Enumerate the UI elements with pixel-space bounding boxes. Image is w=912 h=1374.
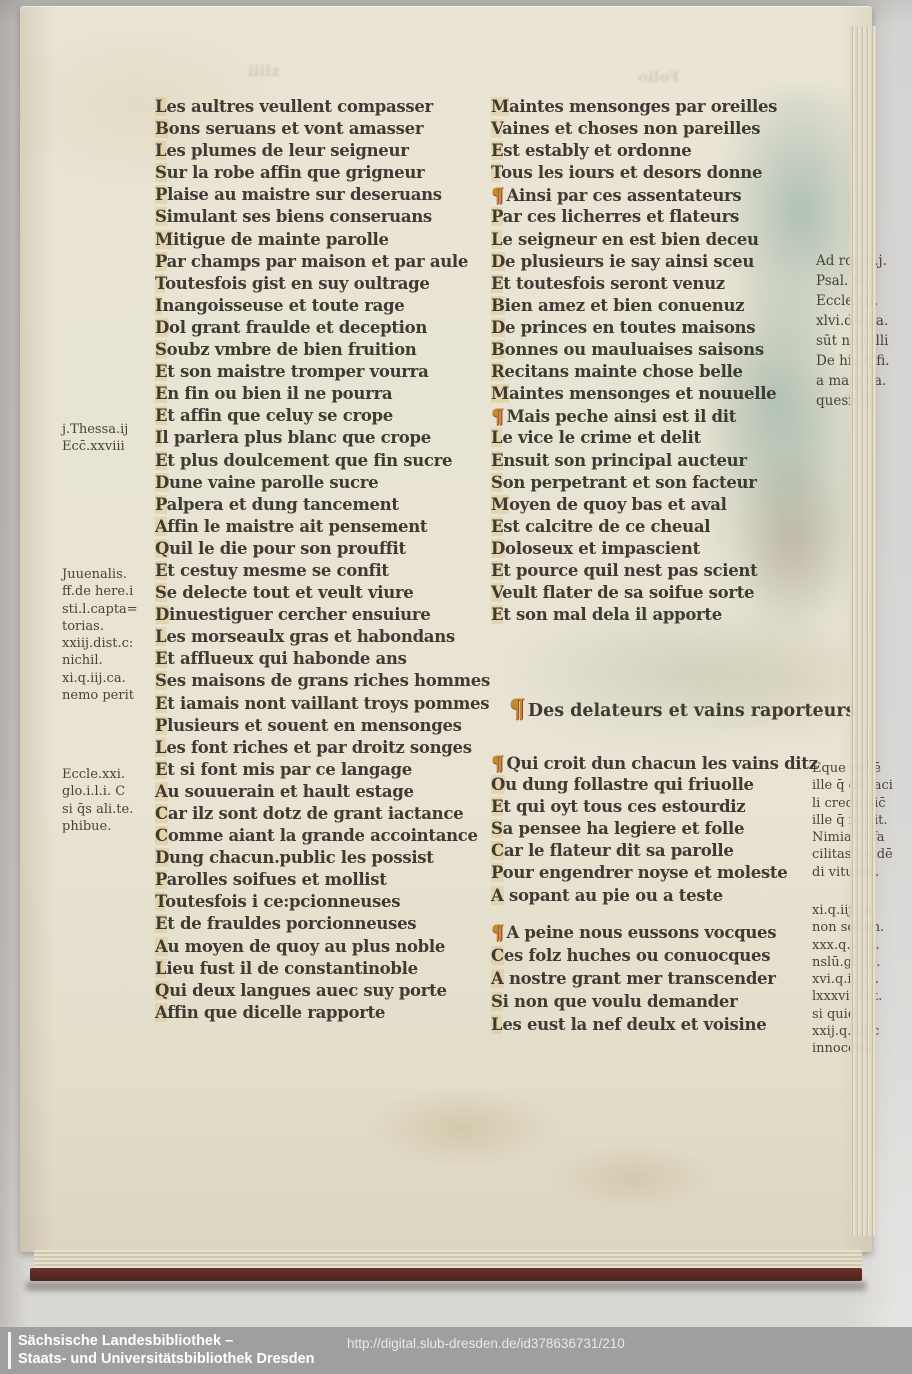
verse-line: Est estably et ordonne bbox=[491, 140, 807, 162]
verse-line: Plusieurs et souent en mensonges bbox=[155, 715, 487, 737]
verse-line: Et toutesfois seront venuz bbox=[491, 273, 807, 295]
verse-line: ¶Qui croit dun chacun les vains ditz bbox=[491, 752, 807, 774]
verse-line: Dol grant fraulde et deception bbox=[155, 317, 487, 339]
verse-line: Le vice le crime et delit bbox=[491, 427, 807, 449]
chapter-heading-label: Des delateurs et vains raporteurs bbox=[528, 701, 856, 721]
verse-line: Par champs par maison et par aule bbox=[155, 251, 487, 273]
verse-line: ¶Ainsi par ces assentateurs bbox=[491, 184, 807, 206]
verse-line: Inangoisseuse et toute rage bbox=[155, 295, 487, 317]
margin-note-left-1: j.Thessa.ijEcc̄.xxviii bbox=[62, 421, 128, 456]
verse-line: Ou dung follastre qui friuolle bbox=[491, 774, 807, 796]
margin-note-line: j.Thessa.ij bbox=[62, 421, 128, 438]
verse-line: Veult flater de sa soifue sorte bbox=[491, 582, 807, 604]
verse-line: A sopant au pie ou a teste bbox=[491, 885, 807, 907]
document-url: http://digital.slub-dresden.de/id3786367… bbox=[347, 1336, 625, 1351]
verse-line: Maintes mensonges et nouuelle bbox=[491, 383, 807, 405]
verse-line: Et afflueux qui habonde ans bbox=[155, 648, 487, 670]
verse-line: De plusieurs ie say ainsi sceu bbox=[491, 251, 807, 273]
verse-line: Pour engendrer noyse et moleste bbox=[491, 862, 807, 884]
margin-note-line: xi.q.iij.ca. bbox=[62, 670, 138, 687]
verse-line: Par ces licherres et flateurs bbox=[491, 206, 807, 228]
verse-line: Les plumes de leur seigneur bbox=[155, 140, 487, 162]
margin-note-left-3: Eccle.xxi.glo.i.l.i. Csi q̄s ali.te.phib… bbox=[62, 766, 133, 835]
verse-line: Au souuerain et hault estage bbox=[155, 781, 487, 803]
margin-note-line: xxiij.dist.c: bbox=[62, 635, 138, 652]
verse-line: Simulant ses biens conseruans bbox=[155, 206, 487, 228]
verse-line: Et iamais nont vaillant troys pommes bbox=[155, 693, 487, 715]
verse-line: Et affin que celuy se crope bbox=[155, 405, 487, 427]
folio-number-bleedthrough: xiiii bbox=[248, 62, 280, 80]
verse-line: Affin que dicelle rapporte bbox=[155, 1002, 487, 1024]
bottom-page-edges bbox=[34, 1250, 862, 1268]
verse-line: Car ilz sont dotz de grant iactance bbox=[155, 803, 487, 825]
margin-note-line: ff.de here.i bbox=[62, 583, 138, 600]
verse-line: Et son maistre tromper vourra bbox=[155, 361, 487, 383]
verse-line: Bons seruans et vont amasser bbox=[155, 118, 487, 140]
paraph-initial-icon: ¶ bbox=[491, 752, 503, 774]
margin-note-left-2: Juuenalis.ff.de here.isti.l.capta=torias… bbox=[62, 566, 138, 704]
verse-line: ¶Mais peche ainsi est il dit bbox=[491, 405, 807, 427]
institution-name-line2: Staats- und Universitätsbibliothek Dresd… bbox=[18, 1351, 315, 1367]
verse-line: Palpera et dung tancement bbox=[155, 494, 487, 516]
verse-line: Moyen de quoy bas et aval bbox=[491, 494, 807, 516]
verse-line: Sur la robe affin que grigneur bbox=[155, 162, 487, 184]
verse-line: A nostre grant mer transcender bbox=[491, 967, 807, 990]
verse-line: Et de frauldes porcionneuses bbox=[155, 913, 487, 935]
verse-line: Les eust la nef deulx et voisine bbox=[491, 1013, 807, 1036]
text-column-left: Les aultres veullent compasserBons serua… bbox=[155, 96, 487, 1024]
margin-note-line: nichil. bbox=[62, 652, 138, 669]
margin-note-line: glo.i.l.i. C bbox=[62, 783, 133, 800]
verse-line: Ses maisons de grans riches hommes bbox=[155, 670, 487, 692]
margin-note-line: Juuenalis. bbox=[62, 566, 138, 583]
verse-line: Car le flateur dit sa parolle bbox=[491, 840, 807, 862]
verse-line: Et qui oyt tous ces estourdiz bbox=[491, 796, 807, 818]
verse-line: Bien amez et bien conuenuz bbox=[491, 295, 807, 317]
book-shadow bbox=[26, 1281, 866, 1291]
folio-label-bleedthrough: Folio bbox=[638, 68, 679, 86]
verse-line: Comme aiant la grande accointance bbox=[155, 825, 487, 847]
verse-line: Dung chacun.public les possist bbox=[155, 847, 487, 869]
verse-line: Dune vaine parolle sucre bbox=[155, 472, 487, 494]
verse-line: ¶A peine nous eussons vocques bbox=[491, 921, 807, 944]
verse-line: De princes en toutes maisons bbox=[491, 317, 807, 339]
verse-line: Toutesfois i ce:pcionneuses bbox=[155, 891, 487, 913]
verse-line: Les morseaulx gras et habondans bbox=[155, 626, 487, 648]
text-column-right-block1: Maintes mensonges par oreillesVaines et … bbox=[491, 96, 807, 626]
book-cover-board bbox=[30, 1268, 862, 1281]
verse-line: Affin le maistre ait pensement bbox=[155, 516, 487, 538]
verse-line: Si non que voulu demander bbox=[491, 990, 807, 1013]
banner-accent-bar bbox=[8, 1332, 11, 1369]
verse-line: Et son mal dela il apporte bbox=[491, 604, 807, 626]
verse-line: Le seigneur en est bien deceu bbox=[491, 229, 807, 251]
verse-line: Les font riches et par droitz songes bbox=[155, 737, 487, 759]
verse-line: Et plus doulcement que fin sucre bbox=[155, 450, 487, 472]
verse-line: Se delecte tout et veult viure bbox=[155, 582, 487, 604]
verse-line: En fin ou bien il ne pourra bbox=[155, 383, 487, 405]
verse-line: Soubz vmbre de bien fruition bbox=[155, 339, 487, 361]
margin-note-line: nemo perit bbox=[62, 687, 138, 704]
paraph-initial-icon: ¶ bbox=[491, 921, 503, 944]
verse-line: Et pource quil nest pas scient bbox=[491, 560, 807, 582]
verse-line: Et si font mis par ce langage bbox=[155, 759, 487, 781]
margin-note-line: torias. bbox=[62, 618, 138, 635]
margin-note-line: sti.l.capta= bbox=[62, 601, 138, 618]
verse-line: Sa pensee ha legiere et folle bbox=[491, 818, 807, 840]
library-banner: Sächsische Landesbibliothek – Staats- un… bbox=[0, 1327, 912, 1374]
verse-line: Bonnes ou mauluaises saisons bbox=[491, 339, 807, 361]
verse-line: Plaise au maistre sur deseruans bbox=[155, 184, 487, 206]
verse-line: Ces folz huches ou conuocques bbox=[491, 944, 807, 967]
verse-line: Au moyen de quoy au plus noble bbox=[155, 936, 487, 958]
paraph-initial-icon: ¶ bbox=[491, 405, 503, 427]
verse-line: Tous les iours et desors donne bbox=[491, 162, 807, 184]
verse-line: Vaines et choses non pareilles bbox=[491, 118, 807, 140]
paraph-initial-icon: ¶ bbox=[509, 694, 525, 723]
digitized-manuscript-photo: xiiii Folio Les aultres veullent compass… bbox=[0, 0, 912, 1374]
margin-note-line: Eccle.xxi. bbox=[62, 766, 133, 783]
verse-line: Qui deux langues auec suy porte bbox=[155, 980, 487, 1002]
verse-line: Recitans mainte chose belle bbox=[491, 361, 807, 383]
verse-line: Est calcitre de ce cheual bbox=[491, 516, 807, 538]
fore-edge-pages bbox=[850, 26, 876, 1236]
verse-line: Dinuestiguer cercher ensuiure bbox=[155, 604, 487, 626]
verse-line: Les aultres veullent compasser bbox=[155, 96, 487, 118]
verse-line: Il parlera plus blanc que crope bbox=[155, 427, 487, 449]
verse-line: Et cestuy mesme se confit bbox=[155, 560, 487, 582]
verse-line: Lieu fust il de constantinoble bbox=[155, 958, 487, 980]
verse-line: Ensuit son principal aucteur bbox=[491, 450, 807, 472]
text-column-right-block2: ¶Qui croit dun chacun les vains ditzOu d… bbox=[491, 752, 807, 907]
verse-line: Parolles soifues et mollist bbox=[155, 869, 487, 891]
verse-line: Quil le die pour son prouffit bbox=[155, 538, 487, 560]
margin-note-line: si q̄s ali.te. bbox=[62, 801, 133, 818]
verse-line: Mitigue de mainte parolle bbox=[155, 229, 487, 251]
margin-note-line: Ecc̄.xxviii bbox=[62, 438, 128, 455]
institution-name-line1: Sächsische Landesbibliothek – bbox=[18, 1333, 233, 1349]
text-column-right-block3: ¶A peine nous eussons vocquesCes folz hu… bbox=[491, 921, 807, 1036]
paraph-initial-icon: ¶ bbox=[491, 184, 503, 206]
verse-line: Doloseux et impascient bbox=[491, 538, 807, 560]
chapter-heading: ¶Des delateurs et vains raporteurs bbox=[509, 694, 855, 723]
margin-note-line: phibue. bbox=[62, 818, 133, 835]
verse-line: Toutesfois gist en suy oultrage bbox=[155, 273, 487, 295]
verse-line: Maintes mensonges par oreilles bbox=[491, 96, 807, 118]
verse-line: Son perpetrant et son facteur bbox=[491, 472, 807, 494]
